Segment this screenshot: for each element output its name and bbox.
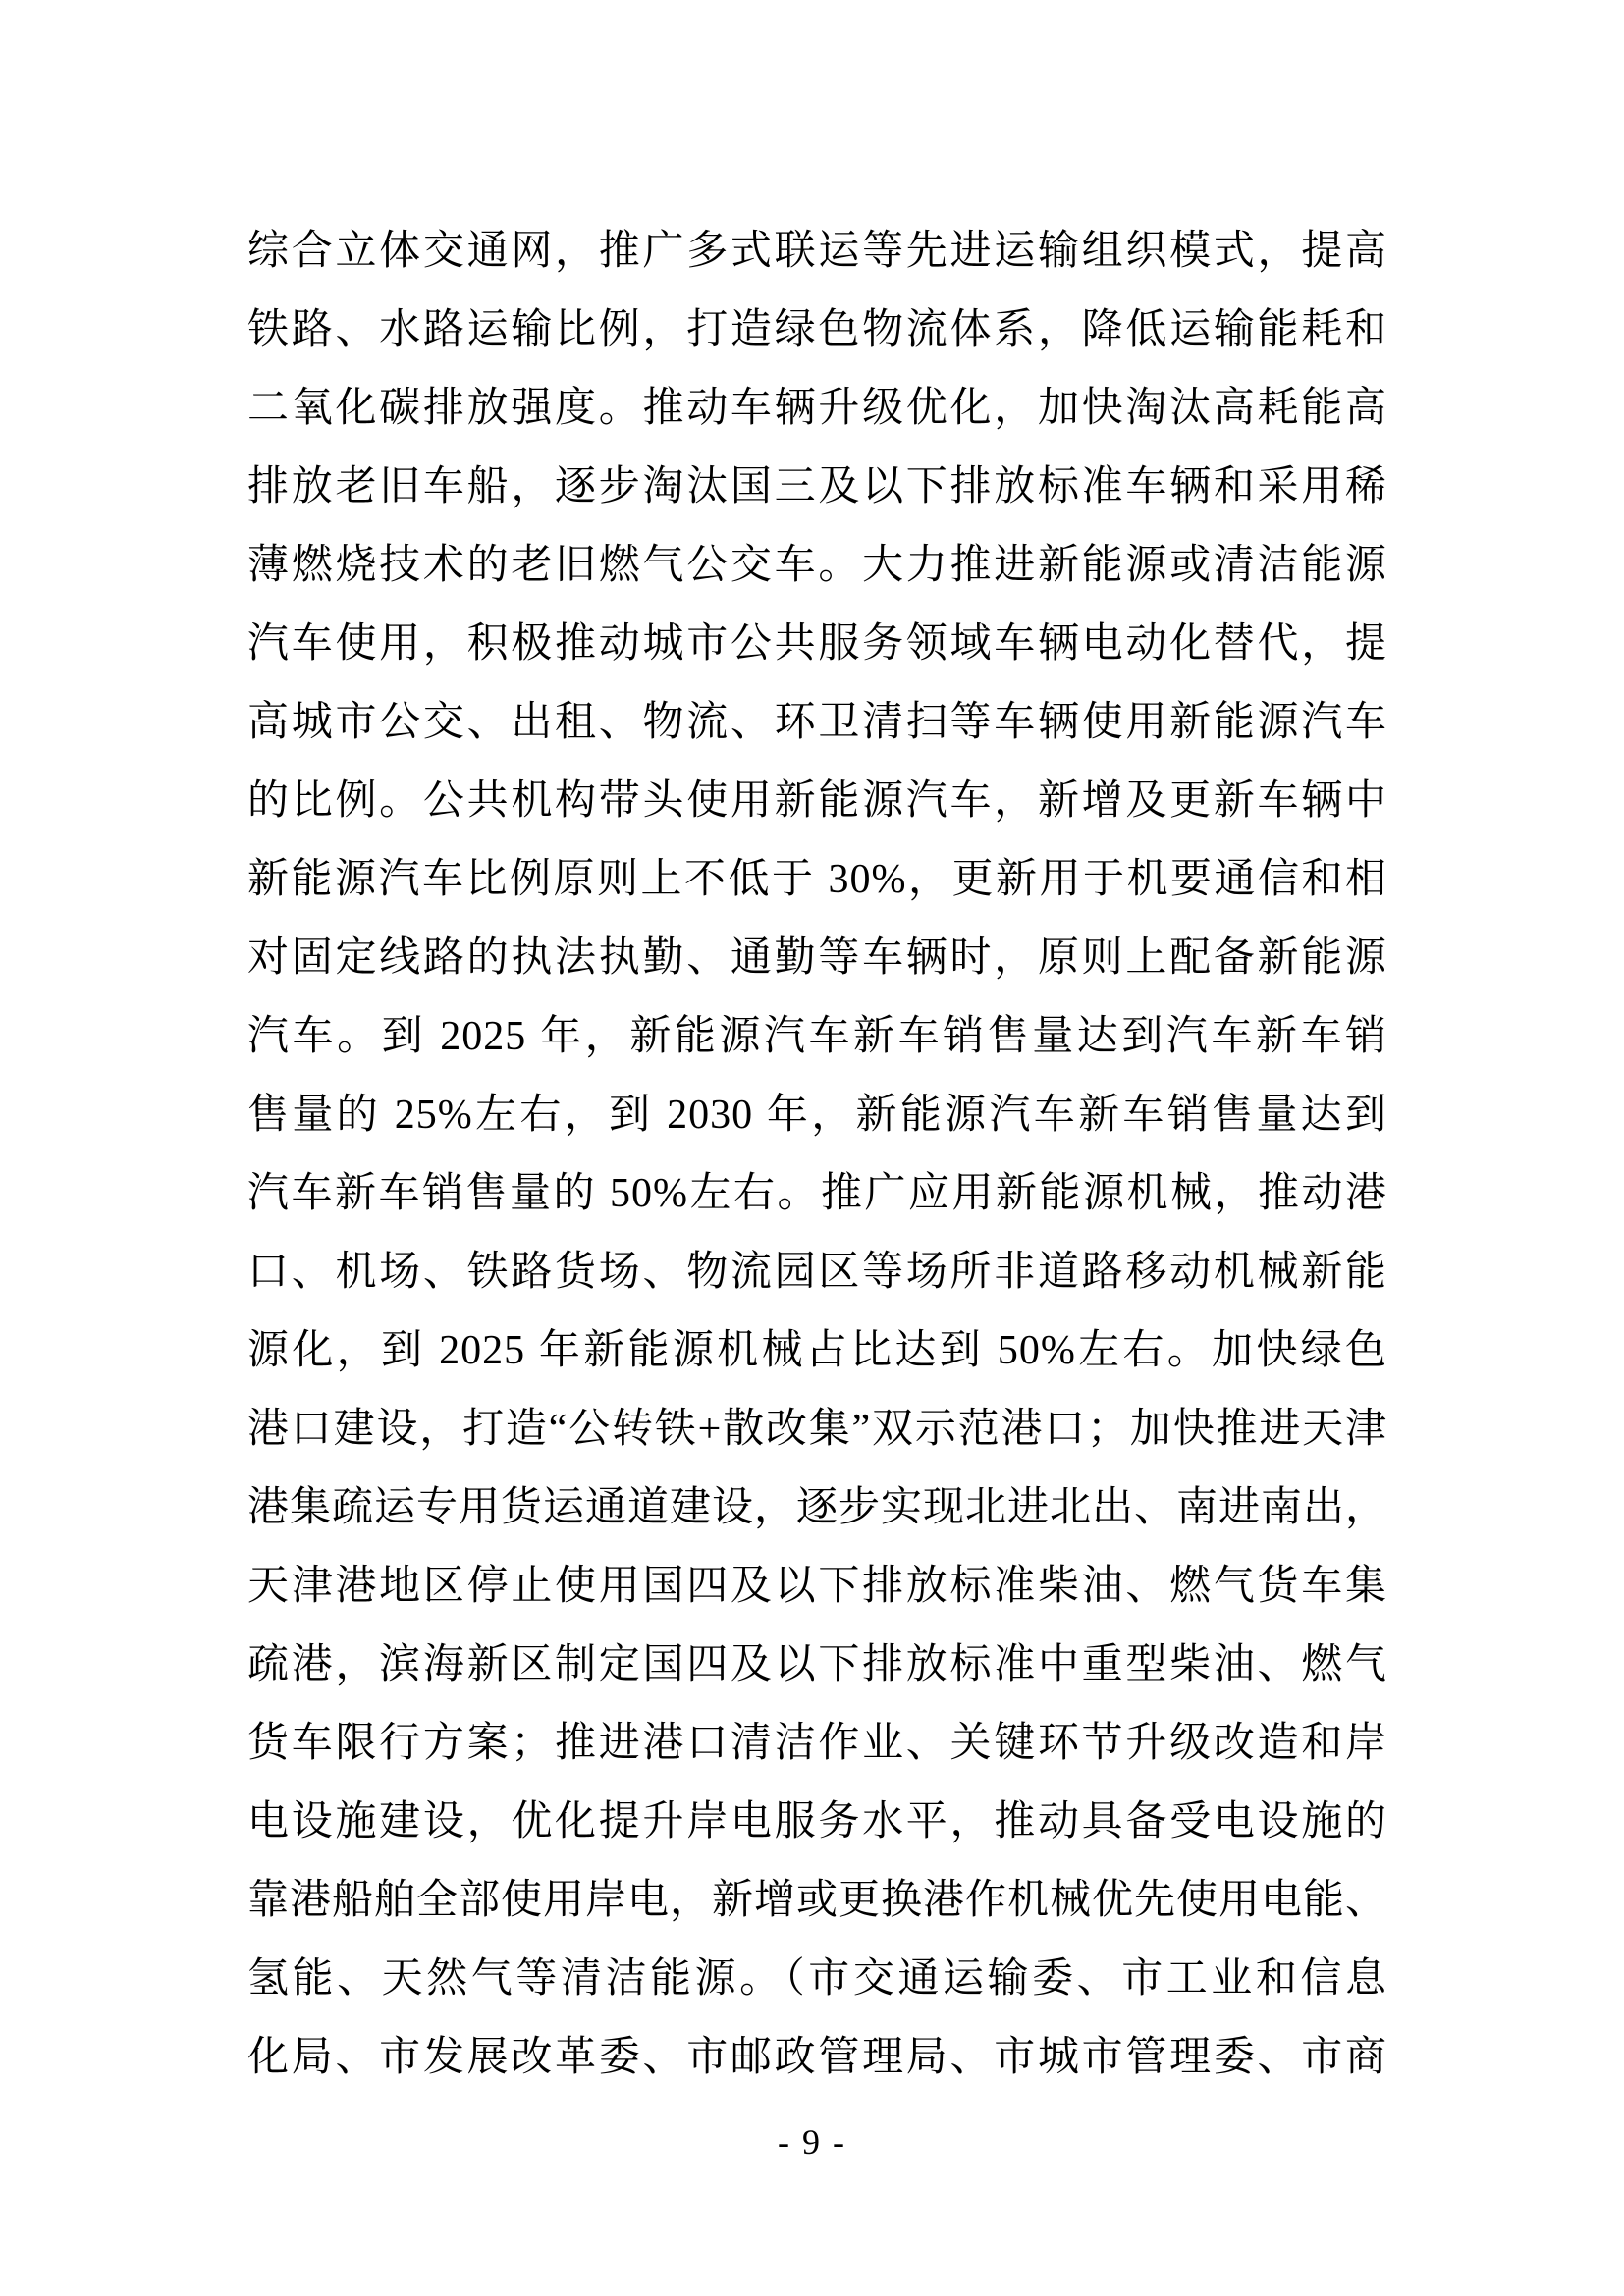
text-line: 疏港，滨海新区制定国四及以下排放标准中重型柴油、燃气 [247,1626,1387,1704]
text-line: 靠港船舶全部使用岸电，新增或更换港作机械优先使用电能、 [247,1861,1387,1940]
text-line: 综合立体交通网，推广多式联运等先进运输组织模式，提高 [247,212,1387,291]
text-line: 售量的 25%左右，到 2030 年，新能源汽车新车销售量达到 [247,1076,1387,1154]
text-line: 铁路、水路运输比例，打造绿色物流体系，降低运输能耗和 [247,291,1387,369]
text-line: 薄燃烧技术的老旧燃气公交车。大力推进新能源或清洁能源 [247,526,1387,605]
text-line: 对固定线路的执法执勤、通勤等车辆时，原则上配备新能源 [247,919,1387,997]
text-line: 电设施建设，优化提升岸电服务水平，推动具备受电设施的 [247,1783,1387,1861]
text-line: 汽车使用，积极推动城市公共服务领域车辆电动化替代，提 [247,605,1387,683]
page-footer: - 9 - [0,2120,1624,2163]
text-line: 新能源汽车比例原则上不低于 30%，更新用于机要通信和相 [247,840,1387,919]
text-line: 高城市公交、出租、物流、环卫清扫等车辆使用新能源汽车 [247,683,1387,762]
page-number: - 9 - [778,2122,846,2162]
text-line: 口、机场、铁路货场、物流园区等场所非道路移动机械新能 [247,1233,1387,1311]
text-line: 港口建设，打造“公转铁+散改集”双示范港口；加快推进天津 [247,1390,1387,1468]
document-page: 综合立体交通网，推广多式联运等先进运输组织模式，提高 铁路、水路运输比例，打造绿… [0,0,1624,2296]
text-line: 二氧化碳排放强度。推动车辆升级优化，加快淘汰高耗能高 [247,369,1387,448]
text-line: 汽车新车销售量的 50%左右。推广应用新能源机械，推动港 [247,1154,1387,1233]
text-line: 的比例。公共机构带头使用新能源汽车，新增及更新车辆中 [247,762,1387,840]
text-line: 汽车。到 2025 年，新能源汽车新车销售量达到汽车新车销 [247,997,1387,1076]
text-line: 天津港地区停止使用国四及以下排放标准柴油、燃气货车集 [247,1547,1387,1626]
text-line: 港集疏运专用货运通道建设，逐步实现北进北出、南进南出， [247,1468,1387,1547]
text-line: 化局、市发展改革委、市邮政管理局、市城市管理委、市商 [247,2018,1387,2097]
text-line: 氢能、天然气等清洁能源。（市交通运输委、市工业和信息 [247,1940,1387,2018]
text-line: 货车限行方案；推进港口清洁作业、关键环节升级改造和岸 [247,1704,1387,1783]
body-text-block: 综合立体交通网，推广多式联运等先进运输组织模式，提高 铁路、水路运输比例，打造绿… [247,212,1387,2097]
text-line: 排放老旧车船，逐步淘汰国三及以下排放标准车辆和采用稀 [247,448,1387,526]
text-line: 源化，到 2025 年新能源机械占比达到 50%左右。加快绿色 [247,1311,1387,1390]
